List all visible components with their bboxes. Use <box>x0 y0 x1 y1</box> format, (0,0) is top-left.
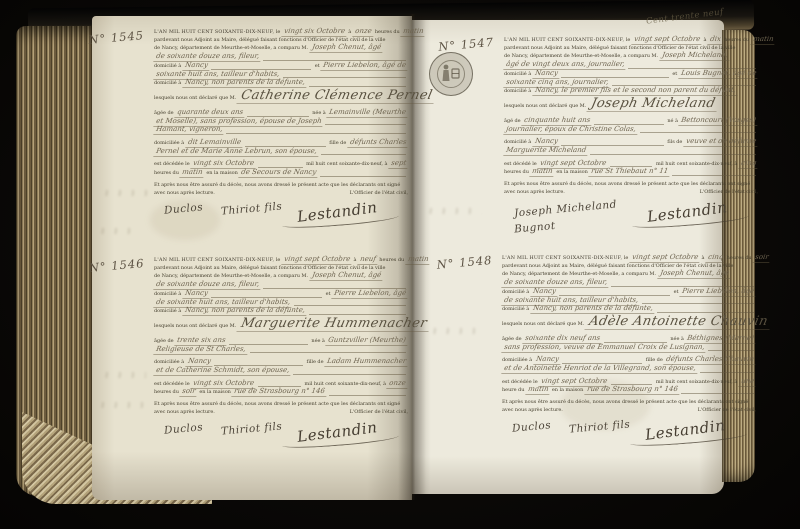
handwritten-entry: une <box>738 378 757 387</box>
printed-form-text: avec nous après lecture. <box>154 190 215 198</box>
signatures-row: DuclosThiriot filsLestandin <box>154 203 408 221</box>
form-line: Pernel et de Marie Anne Lebrun, son épou… <box>154 148 408 157</box>
handwritten-entry: Guntzviller (Meurthe) <box>326 337 409 346</box>
printed-form-text: heures du <box>723 37 751 45</box>
handwritten-entry: et de Catherine Schmidt, son épouse, <box>153 367 292 376</box>
printed-form-text: lesquels nous ont déclaré que M. <box>502 317 586 331</box>
printed-form-text: domicilié à <box>154 308 183 316</box>
handwritten-entry: de Secours de Nancy <box>239 169 320 178</box>
act-body: L'an mil huit cent soixante-dix-neuf, le… <box>154 28 408 221</box>
printed-form-text: en la maison <box>198 389 233 397</box>
handwritten-entry: Marguerite Micheland <box>503 147 588 156</box>
handwritten-name: Marguerite Hummenacher <box>236 317 431 332</box>
act-body: L'an mil huit cent soixante-dix-neuf, le… <box>154 256 408 441</box>
act-number: N° 1547 <box>412 33 513 234</box>
ruled-blank-line <box>700 371 754 373</box>
witness-signatures: Joseph MichelandBugnot <box>514 203 617 231</box>
signatures-row: DuclosThiriot filsLestandin <box>154 423 408 441</box>
handwritten-entry: Religieuse de St Charles, <box>153 346 248 355</box>
form-line: avec nous après lecture.L'Officier de l'… <box>154 190 408 198</box>
handwritten-name: Joseph Micheland <box>586 97 719 112</box>
printed-form-text: fille de <box>305 359 325 367</box>
form-line: L'an mil huit cent soixante-dix-neuf, le… <box>154 256 408 265</box>
printed-form-caps: L'an mil huit cent soixante-dix-neuf, <box>504 37 624 45</box>
printed-form-caps: L'an mil huit cent soixante-dix-neuf, <box>154 29 274 37</box>
signatures-row: Joseph MichelandBugnotLestandin <box>504 203 758 231</box>
printed-form-text: fils de <box>666 139 684 147</box>
ruled-blank-line <box>294 304 406 306</box>
form-line: domicilié à Nancy, non parents de la déf… <box>502 305 756 314</box>
form-line: domicilié à Nancy, le premier fils et le… <box>504 87 758 96</box>
printed-form-text: Et après nous être assuré du décès, nous… <box>504 181 750 189</box>
printed-form-text: avec nous après lecture. <box>504 189 565 197</box>
handwritten-entry: Ladam Hummenacher <box>324 358 408 367</box>
printed-form-text: en la maison <box>205 170 240 178</box>
form-line: heure du matin en la maison rue de Stras… <box>502 386 756 395</box>
handwritten-entry: Louis Bugnot, âgé de <box>678 70 759 79</box>
death-record-1548: N° 1548 L'an mil huit cent soixante-dix-… <box>418 254 756 439</box>
printed-form-text: Et après nous être assuré du décès, nous… <box>154 182 400 190</box>
printed-form-text: Et après nous être assuré du décès, nous… <box>502 399 748 407</box>
printed-form-text: lesquels nous ont déclaré que M. <box>154 91 238 105</box>
printed-form-caps: L'an mil huit cent soixante-dix-neuf, <box>154 257 274 265</box>
handwritten-entry: Pierre Liebelon, âgé <box>331 290 408 299</box>
handwritten-entry: soir <box>180 388 199 397</box>
handwritten-entry: rue de Strasbourg n° 146 <box>584 386 680 395</box>
ruled-blank-line <box>672 174 756 176</box>
printed-form-text: lesquels nous ont déclaré que M. <box>154 319 238 333</box>
form-line: sans profession, veuve de Emmanuel Croix… <box>502 344 756 353</box>
ruled-blank-line <box>321 153 406 155</box>
printed-form-caps: L'an mil huit cent soixante-dix-neuf, <box>502 255 622 263</box>
printed-form-text: domicilié à <box>154 80 183 88</box>
handwritten-entry: soir <box>752 254 771 263</box>
officer-signature: Lestandin <box>645 416 727 444</box>
officer-signature: Lestandin <box>297 198 379 226</box>
form-line: lesquels nous ont déclaré que M. Catheri… <box>154 89 408 105</box>
act-number: N° 1546 <box>88 254 162 443</box>
witness-signature: Thiriot fils <box>221 420 283 437</box>
form-line: Et après nous être assuré du décès, nous… <box>154 401 408 409</box>
act-body: L'an mil huit cent soixante-dix-neuf, le… <box>502 254 756 439</box>
handwritten-entry: cinq <box>705 254 726 263</box>
handwritten-entry: Joseph Chenut, âgé <box>309 272 383 281</box>
ruled-blank-line <box>309 85 406 87</box>
form-line: L'an mil huit cent soixante-dix-neuf, le… <box>504 36 758 45</box>
act-body: L'an mil huit cent soixante-dix-neuf, le… <box>504 36 758 231</box>
witness-signature: Duclos <box>164 421 204 436</box>
printed-form-text: heures du <box>378 257 406 265</box>
form-line: avec nous après lecture.L'Officier de l'… <box>502 407 756 415</box>
handwritten-entry: veuve et de défunte <box>683 138 759 147</box>
officer-signature: Lestandin <box>297 418 379 446</box>
handwritten-entry: Nancy, le premier fils et le second non … <box>532 87 738 96</box>
form-line: Et après nous être assuré du décès, nous… <box>154 182 408 190</box>
handwritten-entry: Pernel et de Marie Anne Lebrun, son épou… <box>153 148 319 157</box>
officer-signature: Lestandin <box>647 198 729 226</box>
printed-form-text: L'Officier de l'état civil, <box>350 409 408 417</box>
printed-form-text: avec nous après lecture. <box>154 409 215 417</box>
handwritten-entry: Nancy, non parents de la défunte, <box>182 307 307 316</box>
ruled-blank-line <box>708 349 754 351</box>
form-line: Et après nous être assuré du décès, nous… <box>504 181 758 189</box>
handwritten-entry: vingt sept Octobre <box>629 254 701 263</box>
form-line: lesquels nous ont déclaré que M. Marguer… <box>154 317 408 333</box>
printed-form-text: L'Officier de l'état civil, <box>700 189 758 197</box>
ruled-blank-line <box>309 313 406 315</box>
signatures-row: DuclosThiriot filsLestandin <box>502 421 756 439</box>
handwritten-entry: Lemainville (Meurthe <box>327 109 409 118</box>
handwritten-entry: âgé de vingt deux ans, journalier, <box>503 61 627 70</box>
witness-signatures: DuclosThiriot fils <box>164 423 283 435</box>
ink-bleed-mark <box>96 228 138 234</box>
form-line: domicilié à Nancy, non parents de la déf… <box>154 79 408 88</box>
register-photo: Cent trente neuf N° 1545 L'an mil huit c… <box>0 0 800 529</box>
death-record-1546: N° 1546 L'an mil huit cent soixante-dix-… <box>96 256 408 441</box>
form-line: L'an mil huit cent soixante-dix-neuf, le… <box>502 254 756 263</box>
printed-form-text: lesquels nous ont déclaré que M. <box>504 99 588 113</box>
ruled-blank-line <box>250 351 407 353</box>
handwritten-entry: Joseph Micheland, <box>659 52 730 61</box>
handwritten-entry: Bettoncourt (Vosges) <box>679 117 759 126</box>
witness-signature: Thiriot fils <box>569 418 631 435</box>
printed-form-text: née à <box>310 338 327 346</box>
handwritten-entry: matin <box>180 169 206 178</box>
form-line: lesquels nous ont déclaré que M. Adèle A… <box>502 315 756 331</box>
ruled-blank-line <box>681 392 754 394</box>
handwritten-entry: journalier, époux de Christine Colas, <box>503 126 638 135</box>
ruled-blank-line <box>325 123 406 125</box>
witness-signatures: DuclosThiriot fils <box>512 421 631 433</box>
handwritten-entry: rue St Thiebaut n° 11 <box>589 168 671 177</box>
handwritten-entry: matin <box>530 168 556 177</box>
printed-form-text: domicilié à <box>504 88 533 96</box>
handwritten-name: Catherine Clémence Pernel <box>236 89 436 104</box>
handwritten-entry: Nancy, non parents de la défunte, <box>182 79 307 88</box>
form-line: Et après nous être assuré du décès, nous… <box>502 399 756 407</box>
printed-form-text: fille de <box>328 140 348 148</box>
form-line: heures du matin en la maison rue St Thie… <box>504 168 758 177</box>
handwritten-entry: onze <box>387 380 409 389</box>
form-line: Marguerite Micheland <box>504 147 758 156</box>
printed-form-text: heures du <box>725 255 753 263</box>
form-line: heures du soir en la maison rue de Stras… <box>154 388 408 397</box>
ruled-blank-line <box>640 131 756 133</box>
form-line: Hamant, vigneron, <box>154 126 408 135</box>
printed-form-text: en la maison <box>555 169 590 177</box>
form-line: domicilié à Nancy, non parents de la déf… <box>154 307 408 316</box>
handwritten-entry: matin <box>750 36 776 45</box>
death-record-1545: N° 1545 L'an mil huit cent soixante-dix-… <box>96 28 408 221</box>
handwritten-entry: Joseph Chenut, âgé <box>657 270 731 279</box>
witness-signature: Duclos <box>512 419 552 434</box>
handwritten-name: Adèle Antoinette Chauvin <box>584 315 772 330</box>
form-line: et de Antoinette Henriot de la Villegran… <box>502 365 756 374</box>
form-line: heures du matin en la maison de Secours … <box>154 169 408 178</box>
printed-form-text: avec nous après lecture. <box>502 407 563 415</box>
form-line: et de Catherine Schmidt, son épouse, <box>154 367 408 376</box>
printed-form-text: en la maison <box>550 387 585 395</box>
form-line: avec nous après lecture.L'Officier de l'… <box>154 409 408 417</box>
ruled-blank-line <box>590 153 756 155</box>
handwritten-entry: Joseph Chenut, âgé <box>309 44 383 53</box>
ruled-blank-line <box>329 394 406 396</box>
handwritten-entry: dix <box>707 36 723 45</box>
form-line: journalier, époux de Christine Colas, <box>504 126 758 135</box>
handwritten-entry: et de Antoinette Henriot de la Villegran… <box>501 365 698 374</box>
printed-form-text: L'Officier de l'état civil, <box>698 407 756 415</box>
ruled-blank-line <box>226 132 406 134</box>
handwritten-entry: vingt sept Octobre <box>631 36 703 45</box>
witness-signature: Thiriot fils <box>221 201 283 218</box>
witness-signature: Duclos <box>164 202 204 217</box>
ruled-blank-line <box>293 373 406 375</box>
ruled-blank-line <box>320 175 406 177</box>
form-line: avec nous après lecture.L'Officier de l'… <box>504 189 758 197</box>
printed-form-text: Et après nous être assuré du décès, nous… <box>154 401 400 409</box>
printed-form-text: heures du <box>373 29 401 37</box>
handwritten-entry: Pierre Liebelon, âgé <box>679 288 756 297</box>
ruled-blank-line <box>642 302 754 304</box>
act-number: N° 1548 <box>410 251 510 442</box>
handwritten-entry: rue de Strasbourg n° 146 <box>232 388 328 397</box>
witness-signatures: DuclosThiriot fils <box>164 203 283 215</box>
handwritten-entry: sept <box>388 160 408 169</box>
handwritten-entry: sans profession, veuve de Emmanuel Croix… <box>501 344 707 353</box>
printed-form-text: domicilié à <box>502 306 531 314</box>
act-number: N° 1545 <box>88 26 163 224</box>
form-line: Religieuse de St Charles, <box>154 346 408 355</box>
handwritten-entry: matin <box>525 386 551 395</box>
printed-form-text: L'Officier de l'état civil, <box>350 190 408 198</box>
handwritten-entry: vingt six Octobre <box>281 28 347 37</box>
handwritten-entry: Nancy, non parents de la défunte, <box>530 305 655 314</box>
form-line: lesquels nous ont déclaré que M. Joseph … <box>504 97 758 113</box>
death-record-1547: N° 1547 L'an mil huit cent soixante-dix-… <box>420 36 758 231</box>
handwritten-entry: Hamant, vigneron, <box>153 126 225 135</box>
ruled-blank-line <box>657 311 754 313</box>
handwritten-entry: vingt sept Octobre <box>281 256 353 265</box>
handwritten-entry: neuf <box>357 256 378 265</box>
handwritten-entry: défunts Charles <box>347 139 409 148</box>
printed-form-text: mil huit cent soixante-dix-neuf, à <box>305 161 389 169</box>
handwritten-entry: onze <box>352 28 374 37</box>
handwritten-entry: cinq <box>738 160 759 169</box>
form-line: L'an mil huit cent soixante-dix-neuf, le… <box>154 28 408 37</box>
handwritten-entry: Pierre Liebelon, âgé de <box>320 62 408 71</box>
